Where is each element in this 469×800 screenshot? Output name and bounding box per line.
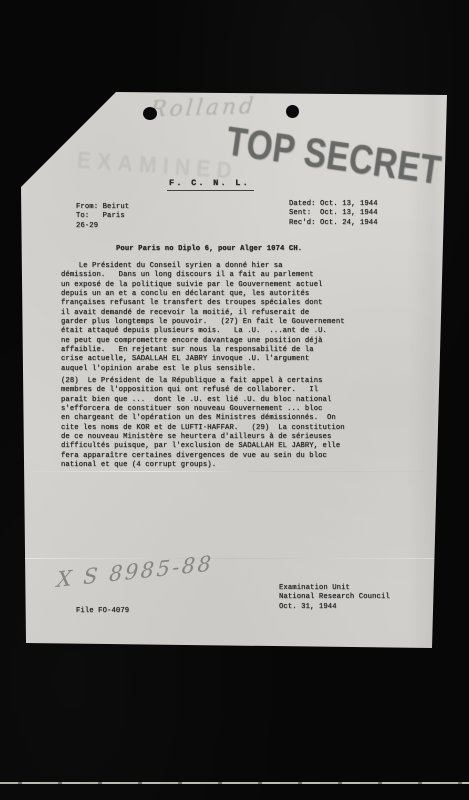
routing-line: Pour Paris no Diplo 6, pour Alger 1074 C… [116, 245, 302, 254]
from-to-block: From: Beirut To: Paris 26-29 [76, 203, 129, 231]
paper-crease-upper [20, 471, 450, 472]
file-number: File FO-4079 [76, 607, 129, 616]
body-paragraph-1: Le Président du Conseil syrien a donné h… [61, 262, 345, 374]
document-title: F. C. N. L. [167, 179, 254, 191]
scan-artifact-line [0, 782, 469, 784]
dates-block: Dated: Oct. 13, 1944 Sent: Oct. 13, 1944… [289, 200, 378, 228]
pencil-mark [427, 592, 452, 638]
punch-hole-left [143, 107, 157, 120]
scan-background: Rolland EXAMINED TOP SECRET F. C. N. L. … [0, 0, 469, 800]
paper-crease-lower [20, 558, 450, 559]
body-paragraph-2: (28) Le Président de la République a fai… [61, 377, 345, 470]
examination-unit-block: Examination Unit National Research Counc… [279, 584, 390, 612]
document-page: Rolland EXAMINED TOP SECRET F. C. N. L. … [20, 90, 450, 650]
punch-hole-right [286, 105, 299, 118]
top-secret-stamp: TOP SECRET [224, 118, 444, 194]
